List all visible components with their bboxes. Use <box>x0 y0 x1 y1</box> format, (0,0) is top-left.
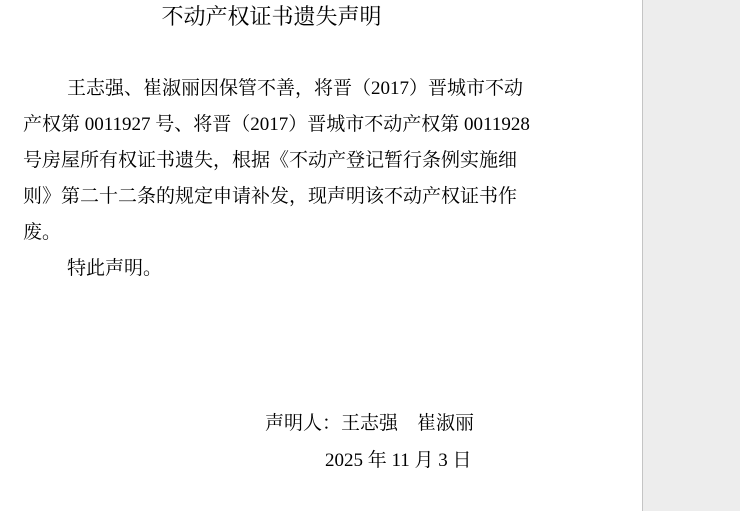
document-body: 王志强、崔淑丽因保管不善，将晋（2017）晋城市不动 产权第 0011927 号… <box>23 71 529 287</box>
document-title: 不动产权证书遗失声明 <box>23 2 520 32</box>
document-page: 不动产权证书遗失声明 王志强、崔淑丽因保管不善，将晋（2017）晋城市不动 产权… <box>0 0 643 511</box>
canvas-background <box>644 0 740 511</box>
closing-statement-line: 特此声明。 <box>23 251 529 287</box>
body-line: 废。 <box>23 215 529 251</box>
date-line: 2025 年 11 月 3 日 <box>325 443 472 479</box>
body-line: 产权第 0011927 号、将晋（2017）晋城市不动产权第 0011928 <box>23 107 529 143</box>
declarant-line: 声明人：王志强 崔淑丽 <box>265 406 474 442</box>
body-line: 则》第二十二条的规定申请补发，现声明该不动产权证书作 <box>23 179 529 215</box>
body-line: 王志强、崔淑丽因保管不善，将晋（2017）晋城市不动 <box>23 71 529 107</box>
body-line: 号房屋所有权证书遗失，根据《不动产登记暂行条例实施细 <box>23 143 529 179</box>
